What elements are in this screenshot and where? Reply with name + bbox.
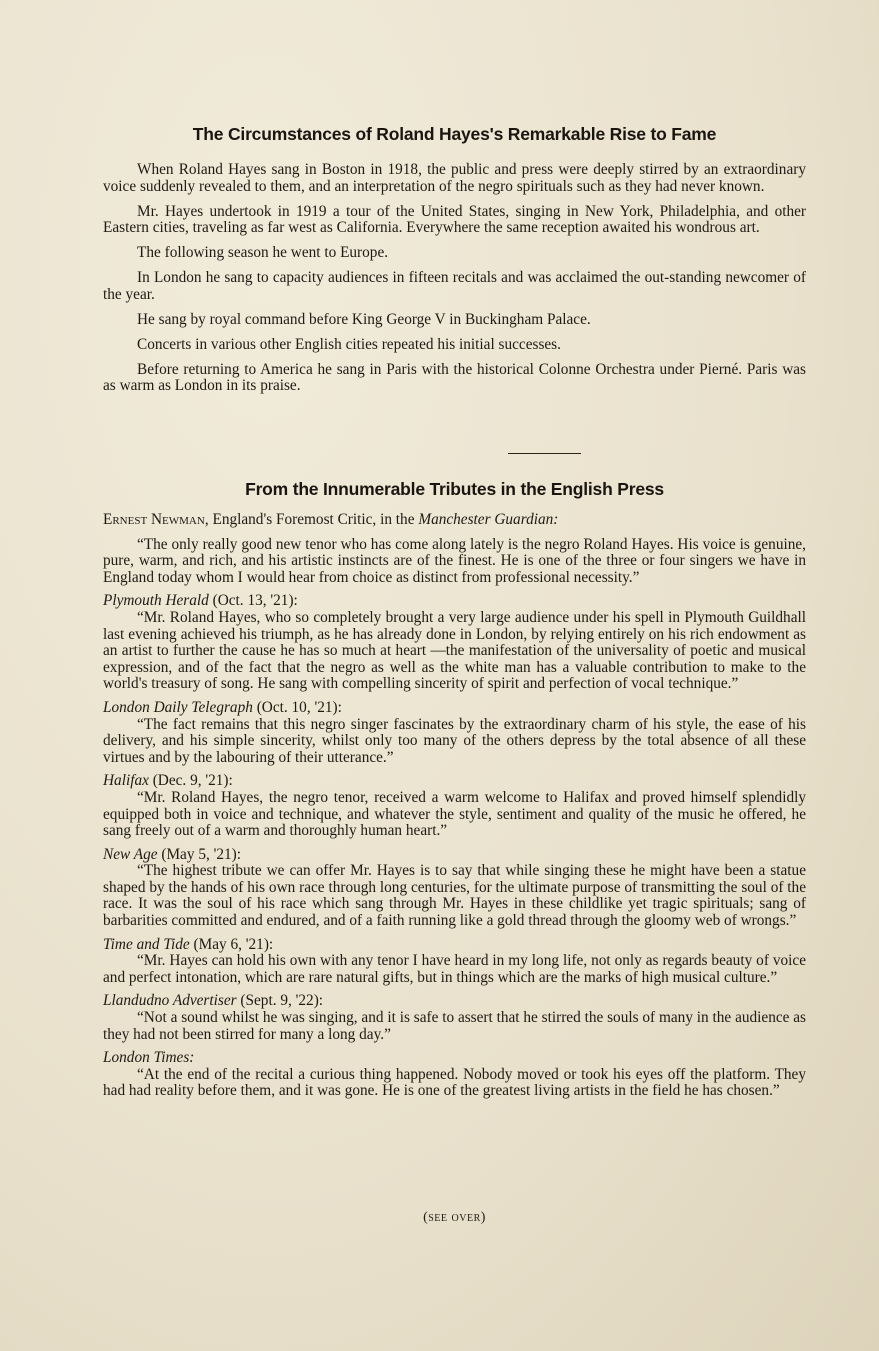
publication-name: Llandudno Advertiser [103, 992, 237, 1009]
publication-name: Halifax [103, 772, 149, 789]
tribute-quote: “The fact remains that this negro singer… [103, 717, 806, 767]
publication-name: Manchester Guardian: [418, 511, 558, 528]
paragraph: Concerts in various other English cities… [103, 337, 806, 354]
tribute-quote: “Mr. Roland Hayes, the negro tenor, rece… [103, 790, 806, 840]
paragraph: In London he sang to capacity audiences … [103, 270, 806, 303]
paragraph: When Roland Hayes sang in Boston in 1918… [103, 162, 806, 195]
publication-name: London Daily Telegraph [103, 699, 253, 716]
critic-name: Ernest Newman [103, 511, 205, 528]
publication-name: Time and Tide [103, 936, 190, 953]
paragraph: Mr. Hayes undertook in 1919 a tour of th… [103, 204, 806, 237]
intro-attribution: Ernest Newman, England's Foremost Critic… [103, 512, 806, 529]
tribute-quote: “At the end of the recital a curious thi… [103, 1067, 806, 1100]
tribute-quote: “Not a sound whilst he was singing, and … [103, 1010, 806, 1043]
section-heading-rise-to-fame: The Circumstances of Roland Hayes's Rema… [103, 124, 806, 145]
tribute-quote: “Mr. Hayes can hold his own with any ten… [103, 953, 806, 986]
tribute-date: (Dec. 9, '21): [149, 772, 233, 789]
paragraph: Before returning to America he sang in P… [103, 362, 806, 395]
see-over-note: (see over) [103, 1210, 806, 1226]
section-heading-tributes: From the Innumerable Tributes in the Eng… [103, 479, 806, 500]
tribute-source: Plymouth Herald (Oct. 13, '21): [103, 593, 806, 610]
tribute-source: New Age (May 5, '21): [103, 847, 806, 864]
paragraph: He sang by royal command before King Geo… [103, 312, 806, 329]
tribute-source: Llandudno Advertiser (Sept. 9, '22): [103, 993, 806, 1010]
tribute-quote: “The highest tribute we can offer Mr. Ha… [103, 863, 806, 929]
publication-name: London Times: [103, 1049, 194, 1066]
tribute-source: Halifax (Dec. 9, '21): [103, 773, 806, 790]
tribute-source: Time and Tide (May 6, '21): [103, 937, 806, 954]
tribute-quote: “The only really good new tenor who has … [103, 537, 806, 587]
paragraph: The following season he went to Europe. [103, 245, 806, 262]
tribute-date: (May 6, '21): [190, 936, 273, 953]
tribute-quote: “Mr. Roland Hayes, who so completely bro… [103, 610, 806, 693]
tribute-date: (Oct. 10, '21): [253, 699, 342, 716]
tribute-source: London Times: [103, 1050, 806, 1067]
section-divider [508, 453, 581, 454]
tribute-date: (May 5, '21): [158, 846, 241, 863]
rise-to-fame-section: When Roland Hayes sang in Boston in 1918… [103, 162, 806, 403]
tribute-date: (Sept. 9, '22): [237, 992, 323, 1009]
tribute-source: London Daily Telegraph (Oct. 10, '21): [103, 700, 806, 717]
tributes-section: Ernest Newman, England's Foremost Critic… [103, 512, 806, 1107]
tribute-list: Plymouth Herald (Oct. 13, '21):“Mr. Rola… [103, 593, 806, 1100]
tribute-date: (Oct. 13, '21): [209, 592, 298, 609]
publication-name: New Age [103, 846, 158, 863]
publication-name: Plymouth Herald [103, 592, 209, 609]
critic-description: , England's Foremost Critic, in the [205, 511, 419, 528]
